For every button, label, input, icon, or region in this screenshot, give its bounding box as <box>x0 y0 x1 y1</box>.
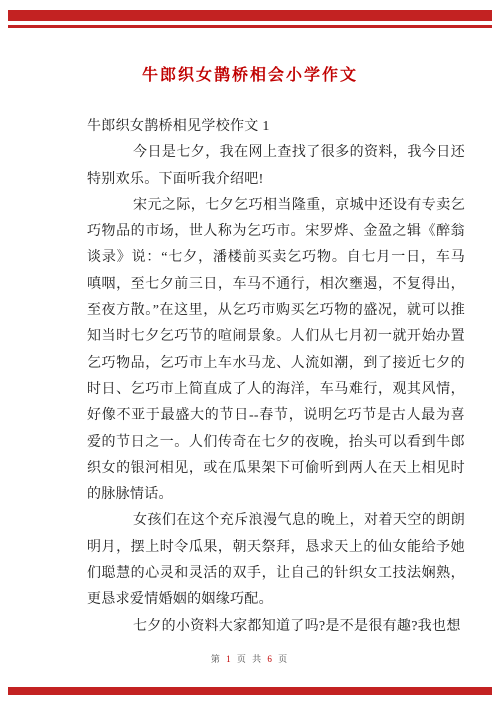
top-rule-thick <box>8 10 492 21</box>
essay-heading: 牛郎织女鹊桥相见学校作文 1 <box>87 114 465 140</box>
paragraph-2: 宋元之际，七夕乞巧相当隆重，京城中还设有专卖乞巧物品的市场，世人称为乞巧市。宋罗… <box>87 193 465 509</box>
footer-page-number: 1 <box>226 654 233 664</box>
paragraph-1: 今日是七夕，我在网上查找了很多的资料，我今日还特别欢乐。下面听我介绍吧! <box>87 140 465 193</box>
footer-total-pages: 6 <box>267 654 274 664</box>
bottom-rule <box>8 687 492 695</box>
document-title: 牛郎织女鹊桥相会小学作文 <box>0 62 500 85</box>
page-footer: 第 1 页 共 6 页 <box>0 652 500 665</box>
footer-label-ye1: 页 <box>237 654 248 664</box>
paragraph-3: 女孩们在这个充斥浪漫气息的晚上，对着天空的朗朗明月，摆上时令瓜果，朝天祭拜，恳求… <box>87 508 465 613</box>
document-body: 牛郎织女鹊桥相见学校作文 1 今日是七夕，我在网上查找了很多的资料，我今日还特别… <box>87 114 465 640</box>
document-page: 牛郎织女鹊桥相会小学作文 牛郎织女鹊桥相见学校作文 1 今日是七夕，我在网上查找… <box>0 0 500 707</box>
footer-label-gong: 共 <box>252 654 263 664</box>
footer-label-di: 第 <box>211 654 222 664</box>
footer-label-ye2: 页 <box>278 654 289 664</box>
top-rule-thin <box>8 25 492 28</box>
paragraph-4: 七夕的小资料大家都知道了吗?是不是很有趣?我也想 <box>87 614 465 640</box>
